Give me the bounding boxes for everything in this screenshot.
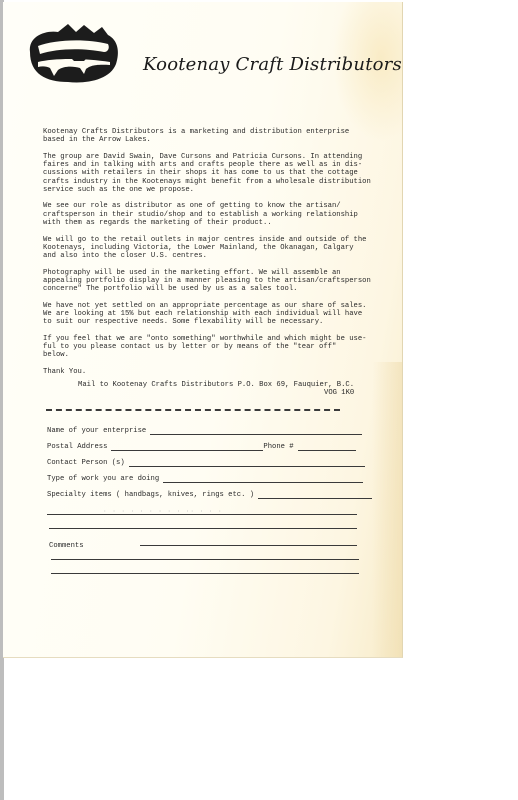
mountain-lake-logo-icon [24,22,120,84]
paragraph-thanks: Thank You. [43,368,383,376]
phone-label: Phone # [263,443,293,451]
paragraph-role: We see our role as distributor as one of… [43,202,383,227]
contact-person-blank[interactable] [129,459,365,467]
paragraph-percentage: We have not yet settled on an appropriat… [43,302,383,327]
company-name: Kootenay Craft Distributors [143,54,402,75]
specialty-items-label: Specialty items ( handbags, knives, ring… [47,491,254,499]
postal-code: VOG 1K0 [78,389,398,397]
comments-label-wrap: Comments [49,542,84,550]
paragraph-intro: Kootenay Crafts Distributors is a market… [43,128,383,144]
postal-address-label: Postal Address [47,443,107,451]
tear-off-line [46,409,340,411]
paragraph-group: The group are David Swain, Dave Cursons … [43,153,383,194]
mailing-address-line: Mail to Kootenay Crafts Distributors P.O… [78,381,398,389]
type-of-work-blank[interactable] [163,475,363,483]
specialty-items-line-3[interactable] [49,528,357,529]
paragraph-photography: Photography will be used in the marketin… [43,269,383,294]
specialty-items-field[interactable]: Specialty items ( handbags, knives, ring… [47,491,372,499]
phone-blank[interactable] [298,443,356,451]
type-of-work-label: Type of work you are doing [47,475,159,483]
paper-stain [372,362,402,657]
specialty-items-line-2[interactable] [47,514,357,515]
enterprise-name-field[interactable]: Name of your enterprise [47,427,362,435]
specialty-items-blank[interactable] [258,491,372,499]
comments-line-3[interactable] [51,573,359,574]
paragraph-contact: If you feel that we are "onto something"… [43,335,383,360]
paragraph-outlets: We will go to the retail outlets in majo… [43,236,383,261]
mailing-address: Mail to Kootenay Crafts Distributors P.O… [78,381,398,397]
comments-line-1[interactable] [140,545,357,546]
enterprise-name-blank[interactable] [150,427,362,435]
letter-page: Kootenay Craft Distributors Kootenay Cra… [3,2,403,658]
letter-body: Kootenay Crafts Distributors is a market… [43,128,383,385]
postal-address-blank[interactable] [111,443,263,451]
postal-address-field[interactable]: Postal Address Phone # [47,443,356,451]
comments-line-2[interactable] [51,559,359,560]
enterprise-name-label: Name of your enterprise [47,427,146,435]
type-of-work-field[interactable]: Type of work you are doing [47,475,363,483]
contact-person-label: Contact Person (s) [47,459,125,467]
comments-label: Comments [49,542,84,550]
contact-person-field[interactable]: Contact Person (s) [47,459,365,467]
